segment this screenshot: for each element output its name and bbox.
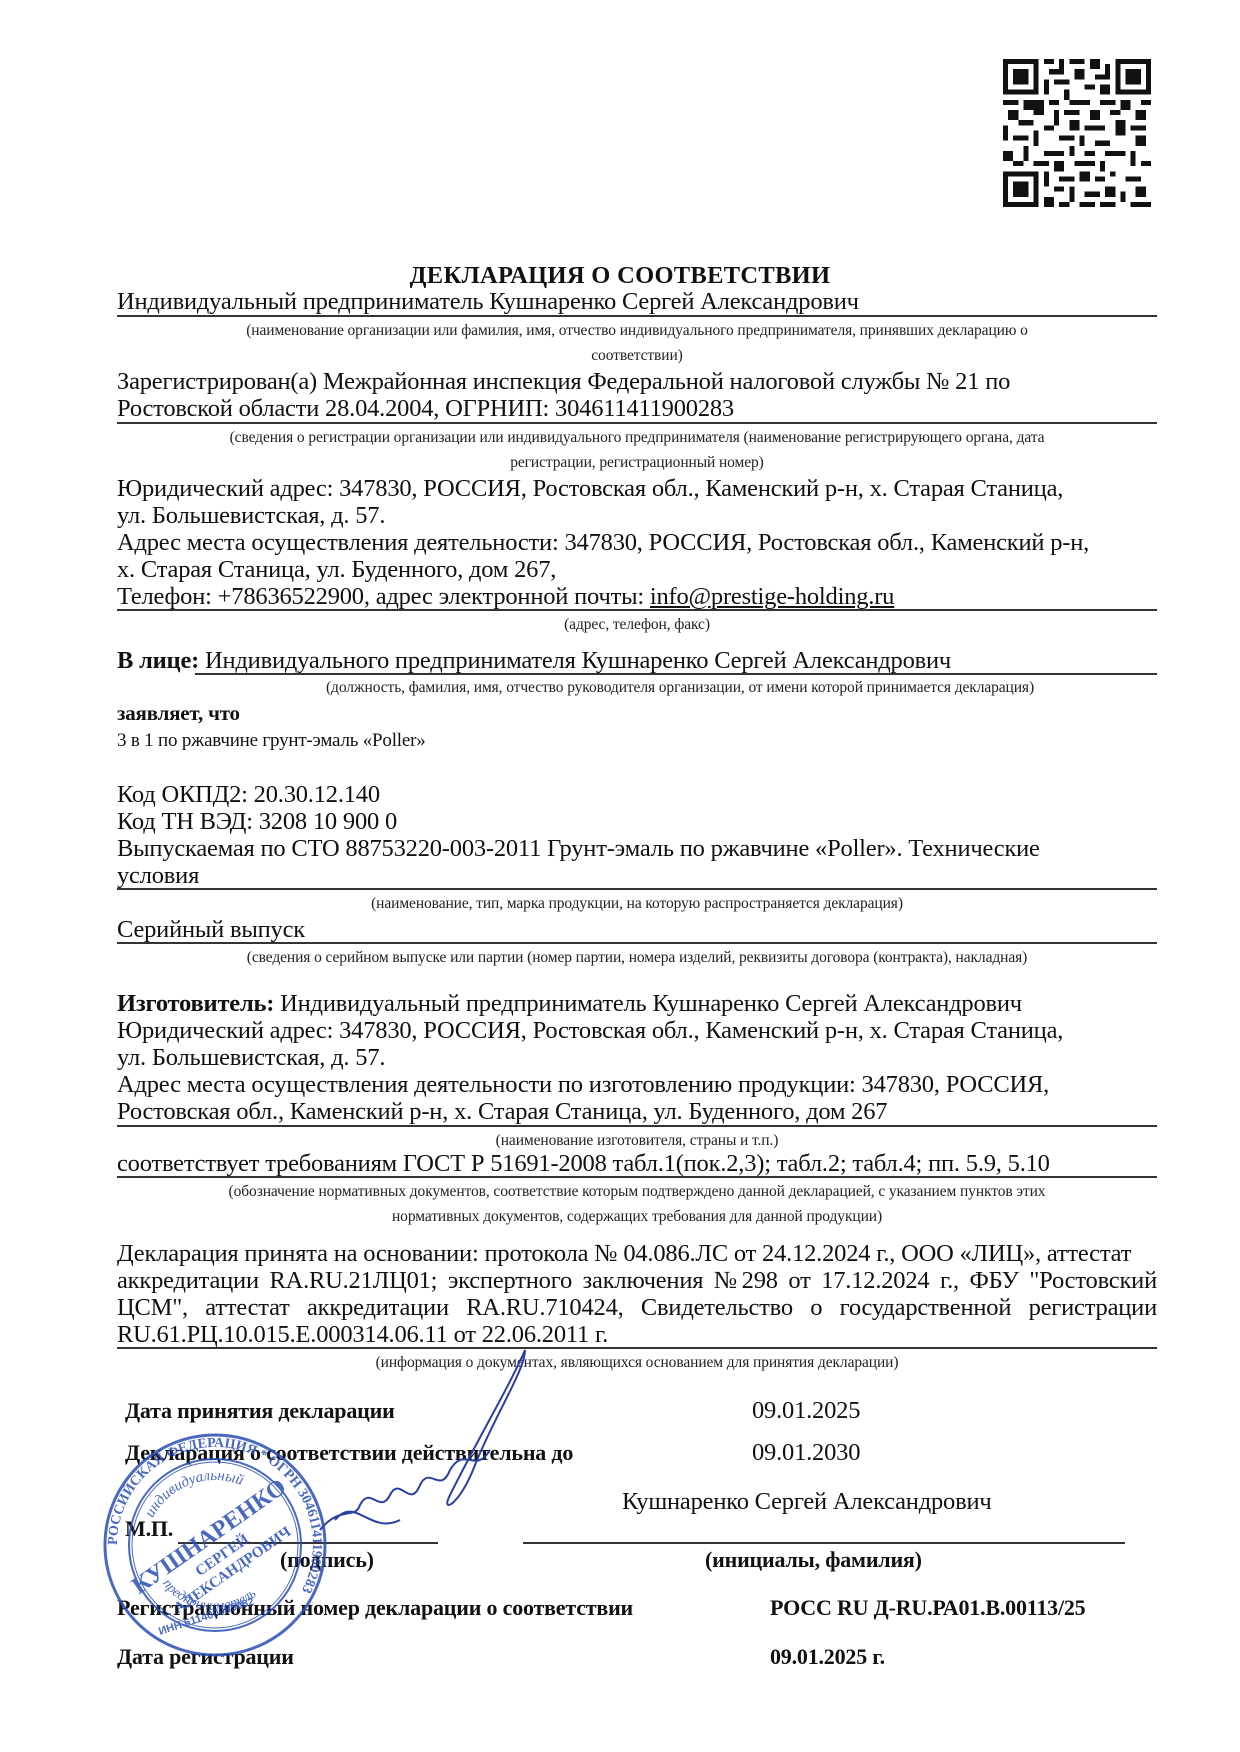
tnved-code: Код ТН ВЭД: 3208 10 900 0: [117, 808, 397, 835]
compliance-value: соответствует требованиям ГОСТ Р 51691-2…: [117, 1150, 1050, 1177]
okpd2-code: Код ОКПД2: 20.30.12.140: [117, 781, 380, 808]
representative-value: Индивидуального предпринимателя Кушнарен…: [199, 647, 951, 674]
serial-hint: (сведения о серийном выпуске или партии …: [117, 945, 1157, 970]
divider: [117, 1176, 1157, 1178]
contact-phone: Телефон: +78636522900, адрес электронной…: [117, 583, 650, 610]
activity-address-line-1: Адрес места осуществления деятельности: …: [117, 529, 1089, 556]
accepted-date-value: 09.01.2025: [752, 1397, 860, 1424]
applicant-name: Индивидуальный предприниматель Кушнаренк…: [117, 288, 859, 315]
manufacturer-line: Изготовитель: Индивидуальный предпринима…: [117, 990, 1022, 1017]
divider: [117, 942, 1157, 944]
manufacturer-name: Индивидуальный предприниматель Кушнаренк…: [274, 990, 1022, 1017]
valid-until-value: 09.01.2030: [752, 1439, 860, 1466]
serial-value: Серийный выпуск: [117, 916, 305, 943]
document-title: ДЕКЛАРАЦИЯ О СООТВЕТСТВИИ: [0, 262, 1240, 290]
representative-line: В лице: Индивидуального предпринимателя …: [117, 647, 951, 674]
registration-line-1: Зарегистрирован(а) Межрайонная инспекция…: [117, 368, 1010, 395]
product-hint: (наименование, тип, марка продукции, на …: [117, 891, 1157, 916]
legal-address-line-1: Юридический адрес: 347830, РОССИЯ, Росто…: [117, 475, 1063, 502]
compliance-hint-2: нормативных документов, содержащих требо…: [117, 1204, 1157, 1229]
handwritten-signature: [300, 1345, 660, 1545]
manufacturer-legal-2: ул. Большевистская, д. 57.: [117, 1044, 385, 1071]
divider: [117, 1125, 1157, 1127]
contact-line: Телефон: +78636522900, адрес электронной…: [117, 583, 894, 610]
registration-hint-1: (сведения о регистрации организации или …: [117, 425, 1157, 450]
manufacturer-legal-1: Юридический адрес: 347830, РОССИЯ, Росто…: [117, 1017, 1063, 1044]
reg-number-value: РОСС RU Д-RU.РА01.В.00113/25: [770, 1594, 1085, 1621]
applicant-hint-2: соответствии): [117, 343, 1157, 368]
compliance-hint-1: (обозначение нормативных документов, соо…: [117, 1179, 1157, 1204]
basis-line-1: Декларация принята на основании: протоко…: [117, 1240, 1157, 1267]
manufacturer-prod-2: Ростовская обл., Каменский р-н, х. Стара…: [117, 1098, 887, 1125]
activity-address-line-2: х. Старая Станица, ул. Буденного, дом 26…: [117, 556, 556, 583]
spec-line-1: Выпускаемая по СТО 88753220-003-2011 Гру…: [117, 835, 1040, 862]
basis-line-3: ЦСМ", аттестат аккредитации RA.RU.710424…: [117, 1294, 1157, 1321]
divider: [117, 422, 1157, 424]
registration-hint-2: регистрации, регистрационный номер): [117, 450, 1157, 475]
signer-hint: (инициалы, фамилия): [705, 1546, 922, 1573]
registration-line-2: Ростовской области 28.04.2004, ОГРНИП: 3…: [117, 395, 734, 422]
representative-hint: (должность, фамилия, имя, отчество руков…: [200, 675, 1160, 700]
manufacturer-prod-1: Адрес места осуществления деятельности п…: [117, 1071, 1049, 1098]
reg-date-value: 09.01.2025 г.: [770, 1643, 885, 1670]
declares-label: заявляет, что: [117, 700, 240, 727]
divider: [117, 888, 1157, 890]
qr-code: [1003, 59, 1151, 207]
divider: [117, 315, 1157, 317]
signer-name: Кушнаренко Сергей Александрович: [622, 1488, 991, 1515]
applicant-hint-1: (наименование организации или фамилия, и…: [117, 318, 1157, 343]
address-hint: (адрес, телефон, факс): [117, 612, 1157, 637]
manufacturer-label: Изготовитель:: [117, 990, 274, 1017]
basis-line-2: аккредитации RA.RU.21ЛЦ01; экспертного з…: [117, 1267, 1157, 1294]
product-name: 3 в 1 по ржавчине грунт-эмаль «Poller»: [117, 727, 426, 754]
basis-line-4: RU.61.РЦ.10.015.Е.000314.06.11 от 22.06.…: [117, 1321, 608, 1348]
divider: [117, 609, 1157, 611]
official-stamp: РОССИЙСКАЯ ФЕДЕРАЦИЯ * ОГРН 304611411900…: [100, 1430, 330, 1660]
spec-line-2: условия: [117, 862, 199, 889]
representative-label: В лице:: [117, 647, 199, 674]
email-link[interactable]: info@prestige-holding.ru: [650, 583, 894, 610]
legal-address-line-2: ул. Большевистская, д. 57.: [117, 502, 385, 529]
